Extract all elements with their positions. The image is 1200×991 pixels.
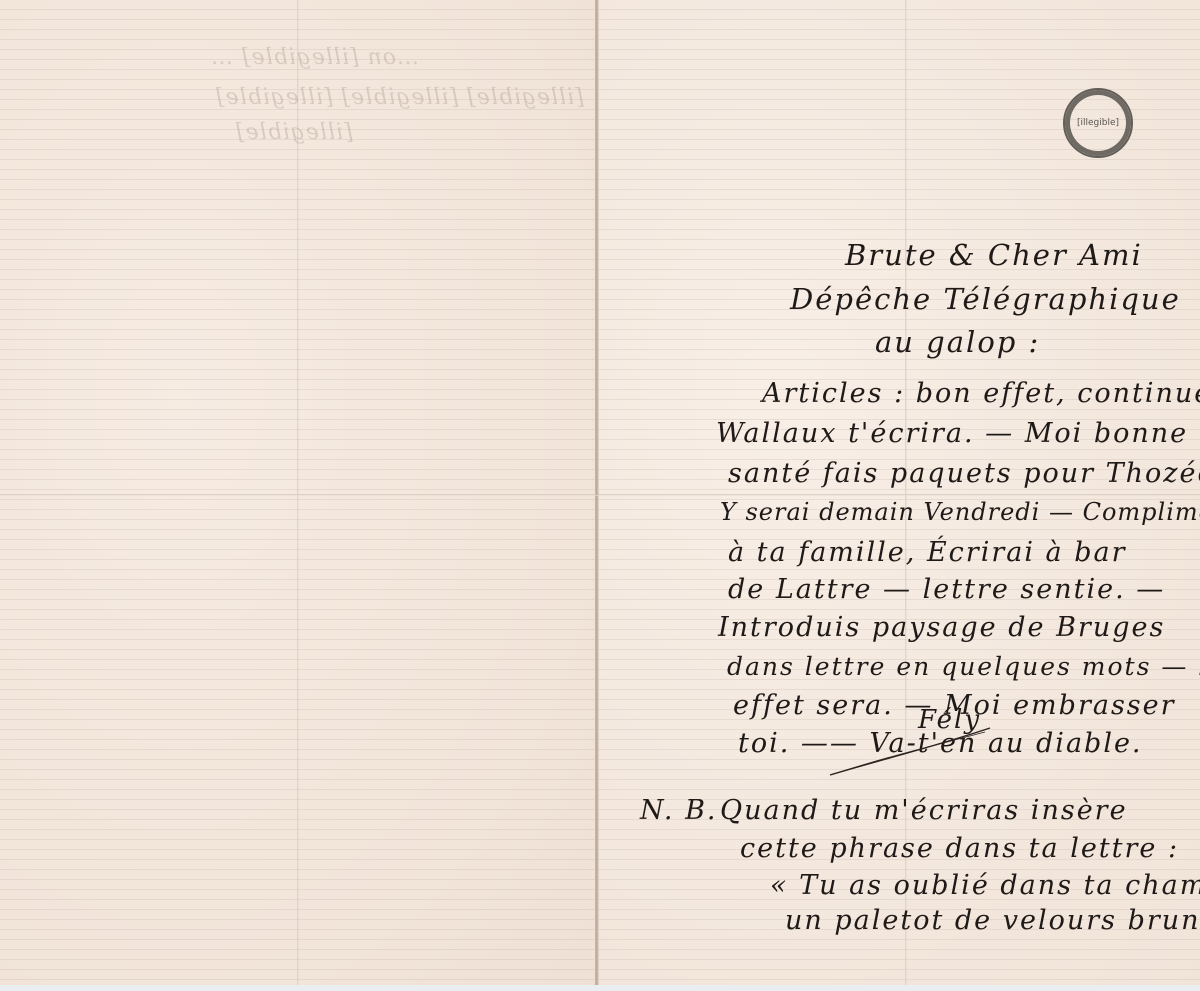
library-stamp-icon: [illegible] [1063, 88, 1133, 158]
body-line: Introduis paysage de Bruges [718, 612, 1165, 643]
body-line: Articles : bon effet, continue [762, 378, 1200, 409]
body-line: de Lattre — lettre sentie. — [728, 574, 1165, 605]
ghost-text-line: …on [illegible] … [210, 45, 419, 70]
scan-edge [0, 985, 1200, 991]
horizontal-fold [0, 494, 1200, 496]
salutation-line: au galop : [875, 325, 1040, 359]
body-line: Wallaux t'écrira. — Moi bonne [716, 418, 1188, 449]
postscript-line: un paletot de velours brun [785, 905, 1200, 936]
stamp-center-text: [illegible] [1077, 118, 1119, 128]
salutation-line: Dépêche Télégraphique [790, 282, 1181, 316]
postscript-line: « Tu as oublié dans ta chambre [770, 870, 1200, 901]
ghost-text-line: [illegible] [illegible] [illegible] [215, 85, 584, 110]
postscript-line: cette phrase dans ta lettre : [740, 833, 1179, 864]
signature-flourish-icon [820, 720, 1000, 780]
postscript-line: Quand tu m'écriras insère [720, 795, 1128, 826]
ghost-text-line: [illegible] [235, 120, 353, 145]
body-line: à ta famille, Écrirai à bar [728, 537, 1127, 568]
body-line: Y serai demain Vendredi — Compliments [720, 498, 1200, 526]
body-line: dans lettre en quelques mots — bon [727, 652, 1200, 681]
body-line: santé fais paquets pour Thozée [728, 458, 1200, 489]
salutation-line: Brute & Cher Ami [845, 238, 1143, 272]
postscript-label: N. B. [640, 795, 718, 826]
